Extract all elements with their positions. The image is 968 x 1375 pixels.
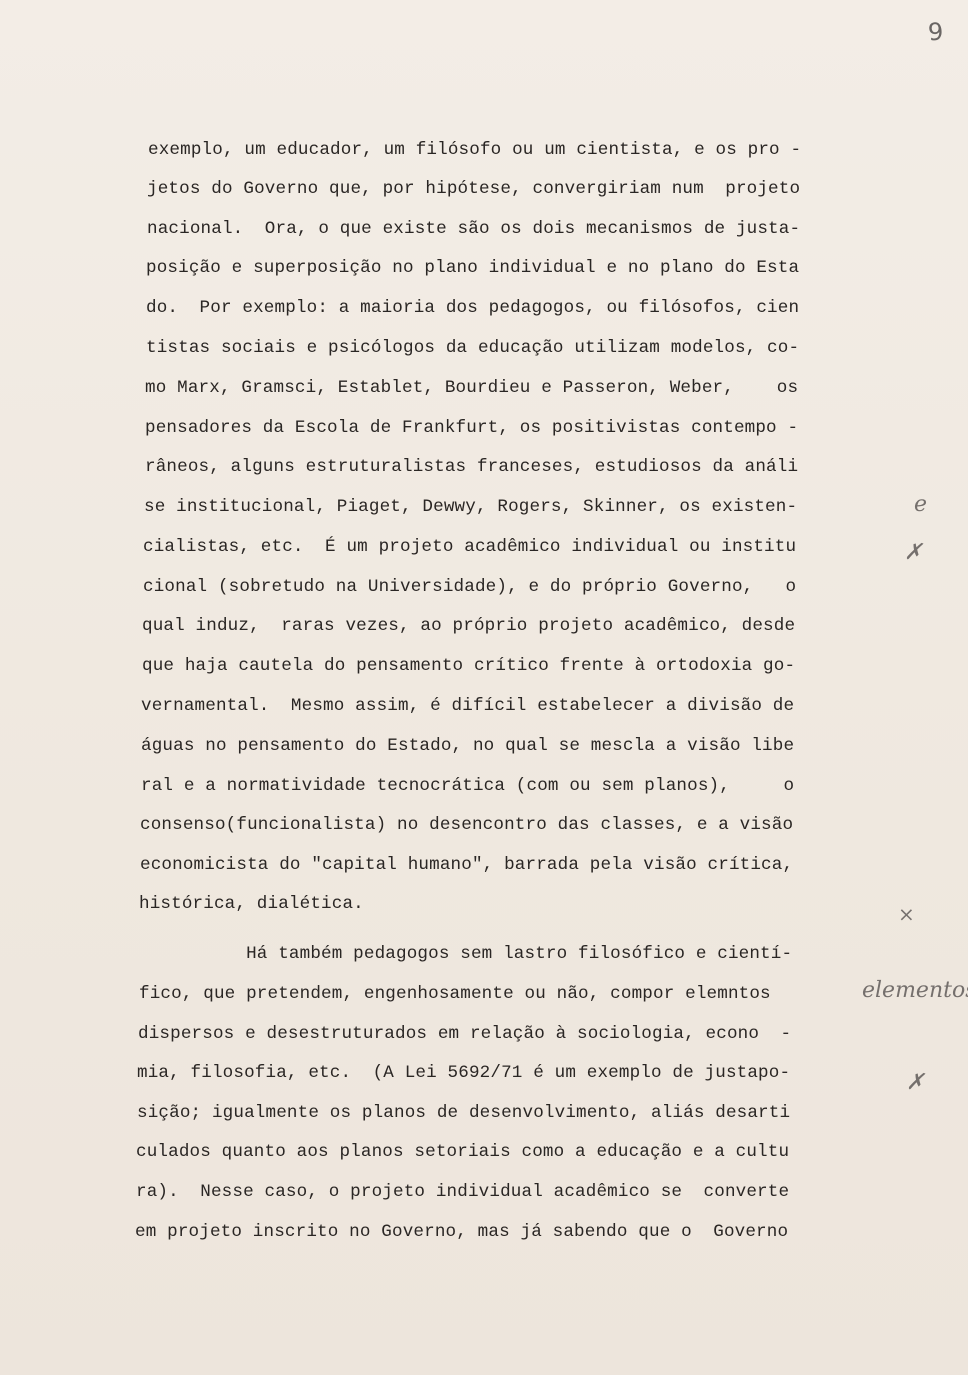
page-number: 9 (927, 18, 944, 47)
handwritten-note: ✗ (906, 1070, 924, 1095)
text-line: nacional. Ora, o que existe são os dois … (147, 219, 800, 239)
text-line: fico, que pretendem, engenhosamente ou n… (139, 984, 771, 1004)
text-line: se institucional, Piaget, Dewwy, Rogers,… (144, 497, 797, 517)
text-line: em projeto inscrito no Governo, mas já s… (135, 1222, 788, 1242)
handwritten-note: × (898, 902, 915, 926)
text-line: vernamental. Mesmo assim, é difícil esta… (141, 696, 794, 716)
text-line: histórica, dialética. (139, 894, 364, 914)
text-line: sição; igualmente os planos de desenvolv… (137, 1103, 790, 1123)
text-line: do. Por exemplo: a maioria dos pedagogos… (146, 298, 799, 318)
text-line: que haja cautela do pensamento crítico f… (142, 656, 795, 676)
document-page: 9 exemplo, um educador, um filósofo ou u… (0, 0, 968, 1375)
text-line: economicista do "capital humano", barrad… (140, 855, 793, 875)
text-line: pensadores da Escola de Frankfurt, os po… (145, 418, 798, 438)
text-line: qual induz, raras vezes, ao próprio proj… (142, 616, 795, 636)
text-line: cialistas, etc. É um projeto acadêmico i… (143, 537, 796, 557)
text-line: ral e a normatividade tecnocrática (com … (141, 776, 794, 796)
text-line: mia, filosofia, etc. (A Lei 5692/71 é um… (137, 1063, 790, 1083)
text-line: exemplo, um educador, um filósofo ou um … (148, 140, 801, 160)
text-line: tistas sociais e psicólogos da educação … (146, 338, 799, 358)
handwritten-note: e (914, 492, 927, 517)
text-line: Há também pedagogos sem lastro filosófic… (139, 944, 792, 964)
text-line: ra). Nesse caso, o projeto individual ac… (136, 1182, 789, 1202)
text-line: râneos, alguns estruturalistas franceses… (145, 457, 798, 477)
text-line: consenso(funcionalista) no desencontro d… (140, 815, 793, 835)
text-line: jetos do Governo que, por hipótese, conv… (147, 179, 800, 199)
handwritten-note: elementos (862, 978, 968, 1003)
handwritten-note: ✗ (904, 540, 922, 565)
text-line: cional (sobretudo na Universidade), e do… (143, 577, 796, 597)
text-line: culados quanto aos planos setoriais como… (136, 1142, 789, 1162)
text-line: águas no pensamento do Estado, no qual s… (141, 736, 794, 756)
text-line: mo Marx, Gramsci, Establet, Bourdieu e P… (145, 378, 798, 398)
text-line: dispersos e desestruturados em relação à… (138, 1024, 791, 1044)
text-line: posição e superposição no plano individu… (146, 258, 799, 278)
